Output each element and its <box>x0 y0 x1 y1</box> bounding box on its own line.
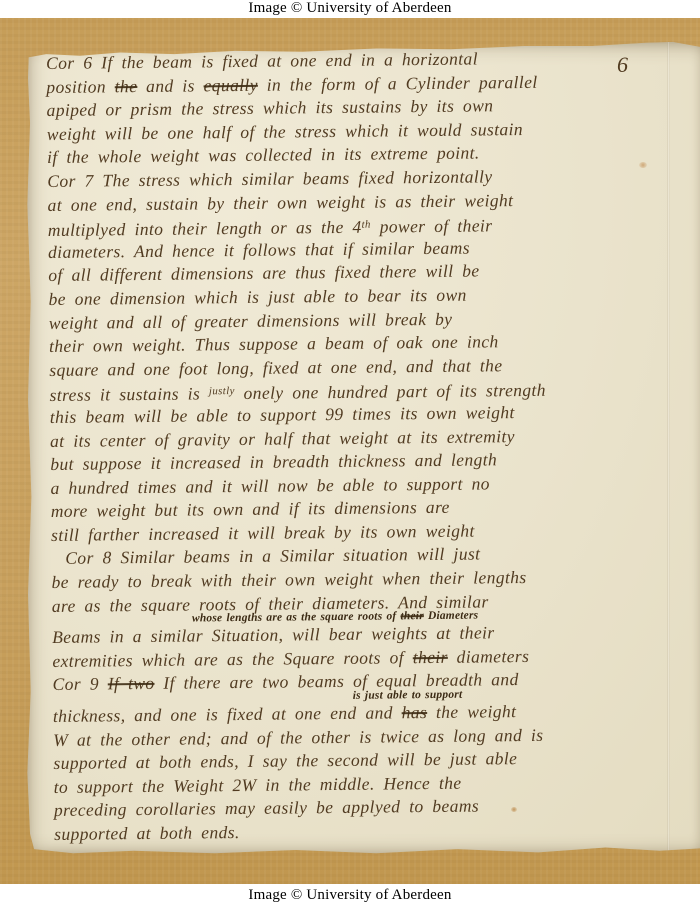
text-segment: at one end, sustain by their own weight … <box>47 190 513 215</box>
text-segment: Beams in a similar Situation, will bear … <box>52 623 495 648</box>
text-segment: more weight but its own and if its dimen… <box>51 497 450 521</box>
text-segment: but suppose it increased in breadth thic… <box>50 449 497 474</box>
text-segment: of all different dimensions are thus fix… <box>48 261 479 286</box>
struck-out-text: equally <box>203 74 258 95</box>
text-segment: supported at both ends, I say the second… <box>53 748 517 773</box>
text-segment: Cor 8 Similar beams in a Similar situati… <box>65 544 480 568</box>
text-segment: at its center of gravity or half that we… <box>50 426 515 451</box>
text-segment: be one dimension which is just able to b… <box>48 285 466 309</box>
text-segment: Cor 7 The stress which similar beams fix… <box>47 166 492 191</box>
struck-out-text: their <box>400 610 423 622</box>
text-segment: to support the Weight 2W in the middle. … <box>54 773 462 797</box>
text-segment: thickness, and one is fixed at one end a… <box>53 702 402 726</box>
text-segment: position <box>46 76 115 97</box>
manuscript-leaf: 6 Cor 6 If the beam is fixed at one end … <box>26 42 700 854</box>
text-segment: multiplyed into their length or as the 4 <box>48 217 362 240</box>
tan-mount-background: 6 Cor 6 If the beam is fixed at one end … <box>0 18 700 884</box>
text-segment: a hundred times and it will now be able … <box>50 473 490 498</box>
text-segment: and is <box>137 75 203 96</box>
text-segment: weight will be one half of the stress wh… <box>47 119 523 144</box>
inserted-text: justly <box>209 385 235 397</box>
manuscript-text: Cor 6 If the beam is fixed at one end in… <box>46 45 678 846</box>
text-segment: Cor 6 If the beam is fixed at one end in… <box>46 48 478 73</box>
text-segment: W at the other end; and of the other is … <box>53 724 543 749</box>
text-segment: their own weight. Thus suppose a beam of… <box>49 331 499 356</box>
text-segment: square and one foot long, fixed at one e… <box>49 355 502 380</box>
text-segment: power of their <box>371 215 493 236</box>
text-segment: diameters <box>448 646 530 667</box>
text-segment: this beam will be able to support 99 tim… <box>50 402 515 427</box>
text-segment: diameters. And hence it follows that if … <box>48 237 470 261</box>
text-segment: the weight <box>427 701 516 722</box>
text-segment: apiped or prism the stress which its sus… <box>47 96 494 121</box>
text-segment: still farther increased it will break by… <box>51 520 475 544</box>
text-segment: stress it sustains is <box>49 384 209 406</box>
text-segment: Cor 9 <box>53 674 108 695</box>
struck-out-text: If two <box>108 673 155 693</box>
text-segment: in the form of a Cylinder parallel <box>258 71 538 94</box>
text-segment: supported at both ends. <box>54 822 240 844</box>
text-segment: extremities which are as the Square root… <box>52 647 413 671</box>
text-segment: be ready to break with their own weight … <box>51 567 526 592</box>
text-segment: onely one hundred part of its strength <box>235 380 546 403</box>
text-segment: if the whole weight was collected in its… <box>47 143 480 168</box>
top-copyright-caption: Image © University of Aberdeen <box>0 0 700 17</box>
struck-out-text: the <box>115 76 138 96</box>
text-segment: Diameters <box>424 610 479 623</box>
text-segment: preceding corollaries may easily be appl… <box>54 796 479 820</box>
bottom-copyright-caption: Image © University of Aberdeen <box>0 887 700 904</box>
text-segment: weight and all of greater dimensions wil… <box>49 308 453 332</box>
text-segment: If there are two beams of equal breadth … <box>154 670 518 694</box>
inserted-text: th <box>362 219 371 231</box>
struck-out-text: has <box>402 702 428 722</box>
struck-out-text: their <box>413 647 448 667</box>
